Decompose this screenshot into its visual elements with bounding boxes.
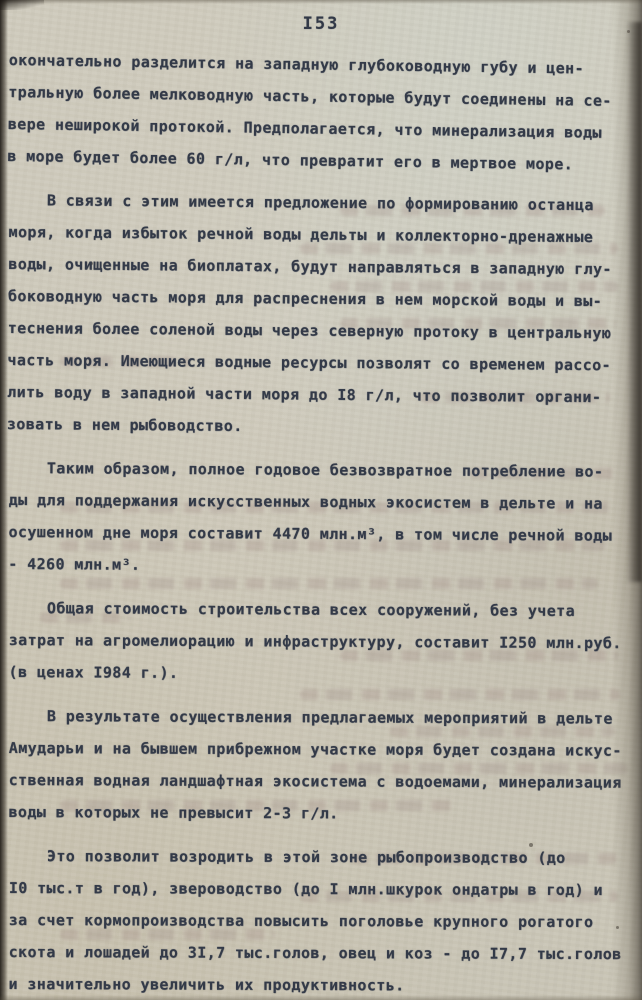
scanned-page: I53 окончательно разделится на западную … [0, 0, 642, 1000]
paragraph: В результате осуществления предлагаемых … [8, 700, 621, 831]
text-line: Это позволит возродить в этой зоне рыбоп… [9, 840, 621, 874]
text-line: боководную часть моря для распреснения в… [8, 280, 620, 317]
text-line: теснения более соленой воды через северн… [8, 312, 620, 349]
paragraph: Общая стоимость строительства всех соору… [8, 592, 620, 691]
text-line: В связи с этим имеется предложение по фо… [9, 184, 621, 221]
scan-edge-top [0, 0, 642, 4]
text-line: ственная водная ландшафтная экосистема с… [9, 764, 621, 799]
scan-shadow-right [626, 22, 642, 582]
text-line: - 4260 млн.м³. [8, 548, 620, 584]
text-line: скота и лошадей до 3I,7 тыс.голов, овец … [9, 936, 621, 970]
text-line: воды в которых не превысит 2-3 г/л. [8, 796, 620, 831]
text-line: затрат на агромелиорацию и инфраструктур… [9, 624, 621, 659]
text-line: ды для поддержания искусственных водных … [9, 484, 621, 520]
paragraph: В связи с этим имеется предложение по фо… [7, 184, 621, 445]
text-line: зовать в нем рыбоводство. [7, 408, 619, 445]
text-line: за счет кормопроизводства повысить погол… [9, 904, 621, 938]
text-line: Общая стоимость строительства всех соору… [9, 592, 621, 627]
page-number: I53 [0, 14, 642, 34]
text-line: моря, когда избыток речной воды дельты и… [8, 216, 620, 253]
text-line: осушенном дне моря составит 4470 млн.м³,… [8, 516, 620, 552]
text-line: I0 тыс.т в год), звероводство (до I млн.… [9, 872, 621, 906]
paragraph: Таким образом, полное годовое безвозврат… [8, 452, 621, 584]
scan-edge-bottom [0, 995, 642, 1000]
text-line: Таким образом, полное годовое безвозврат… [9, 452, 621, 488]
text-line: часть моря. Имеющиеся водные ресурсы поз… [7, 344, 619, 381]
paragraph: окончательно разделится на западную глуб… [7, 44, 621, 181]
text-line: В результате осуществления предлагаемых … [9, 700, 621, 735]
text-line: (в ценах I984 г.). [8, 656, 620, 691]
text-line: лить воду в западной части моря до I8 г/… [7, 376, 619, 413]
document-body: окончательно разделится на западную глуб… [9, 44, 621, 1000]
text-line: воды, очищенные на биоплатах, будут напр… [8, 248, 620, 285]
scan-edge-top-left-corner [0, 0, 44, 10]
paragraph: Это позволит возродить в этой зоне рыбоп… [8, 840, 621, 1000]
text-line: Амударьи и на бывшем прибрежном участке … [9, 732, 621, 767]
scan-edge-left [0, 0, 8, 1000]
